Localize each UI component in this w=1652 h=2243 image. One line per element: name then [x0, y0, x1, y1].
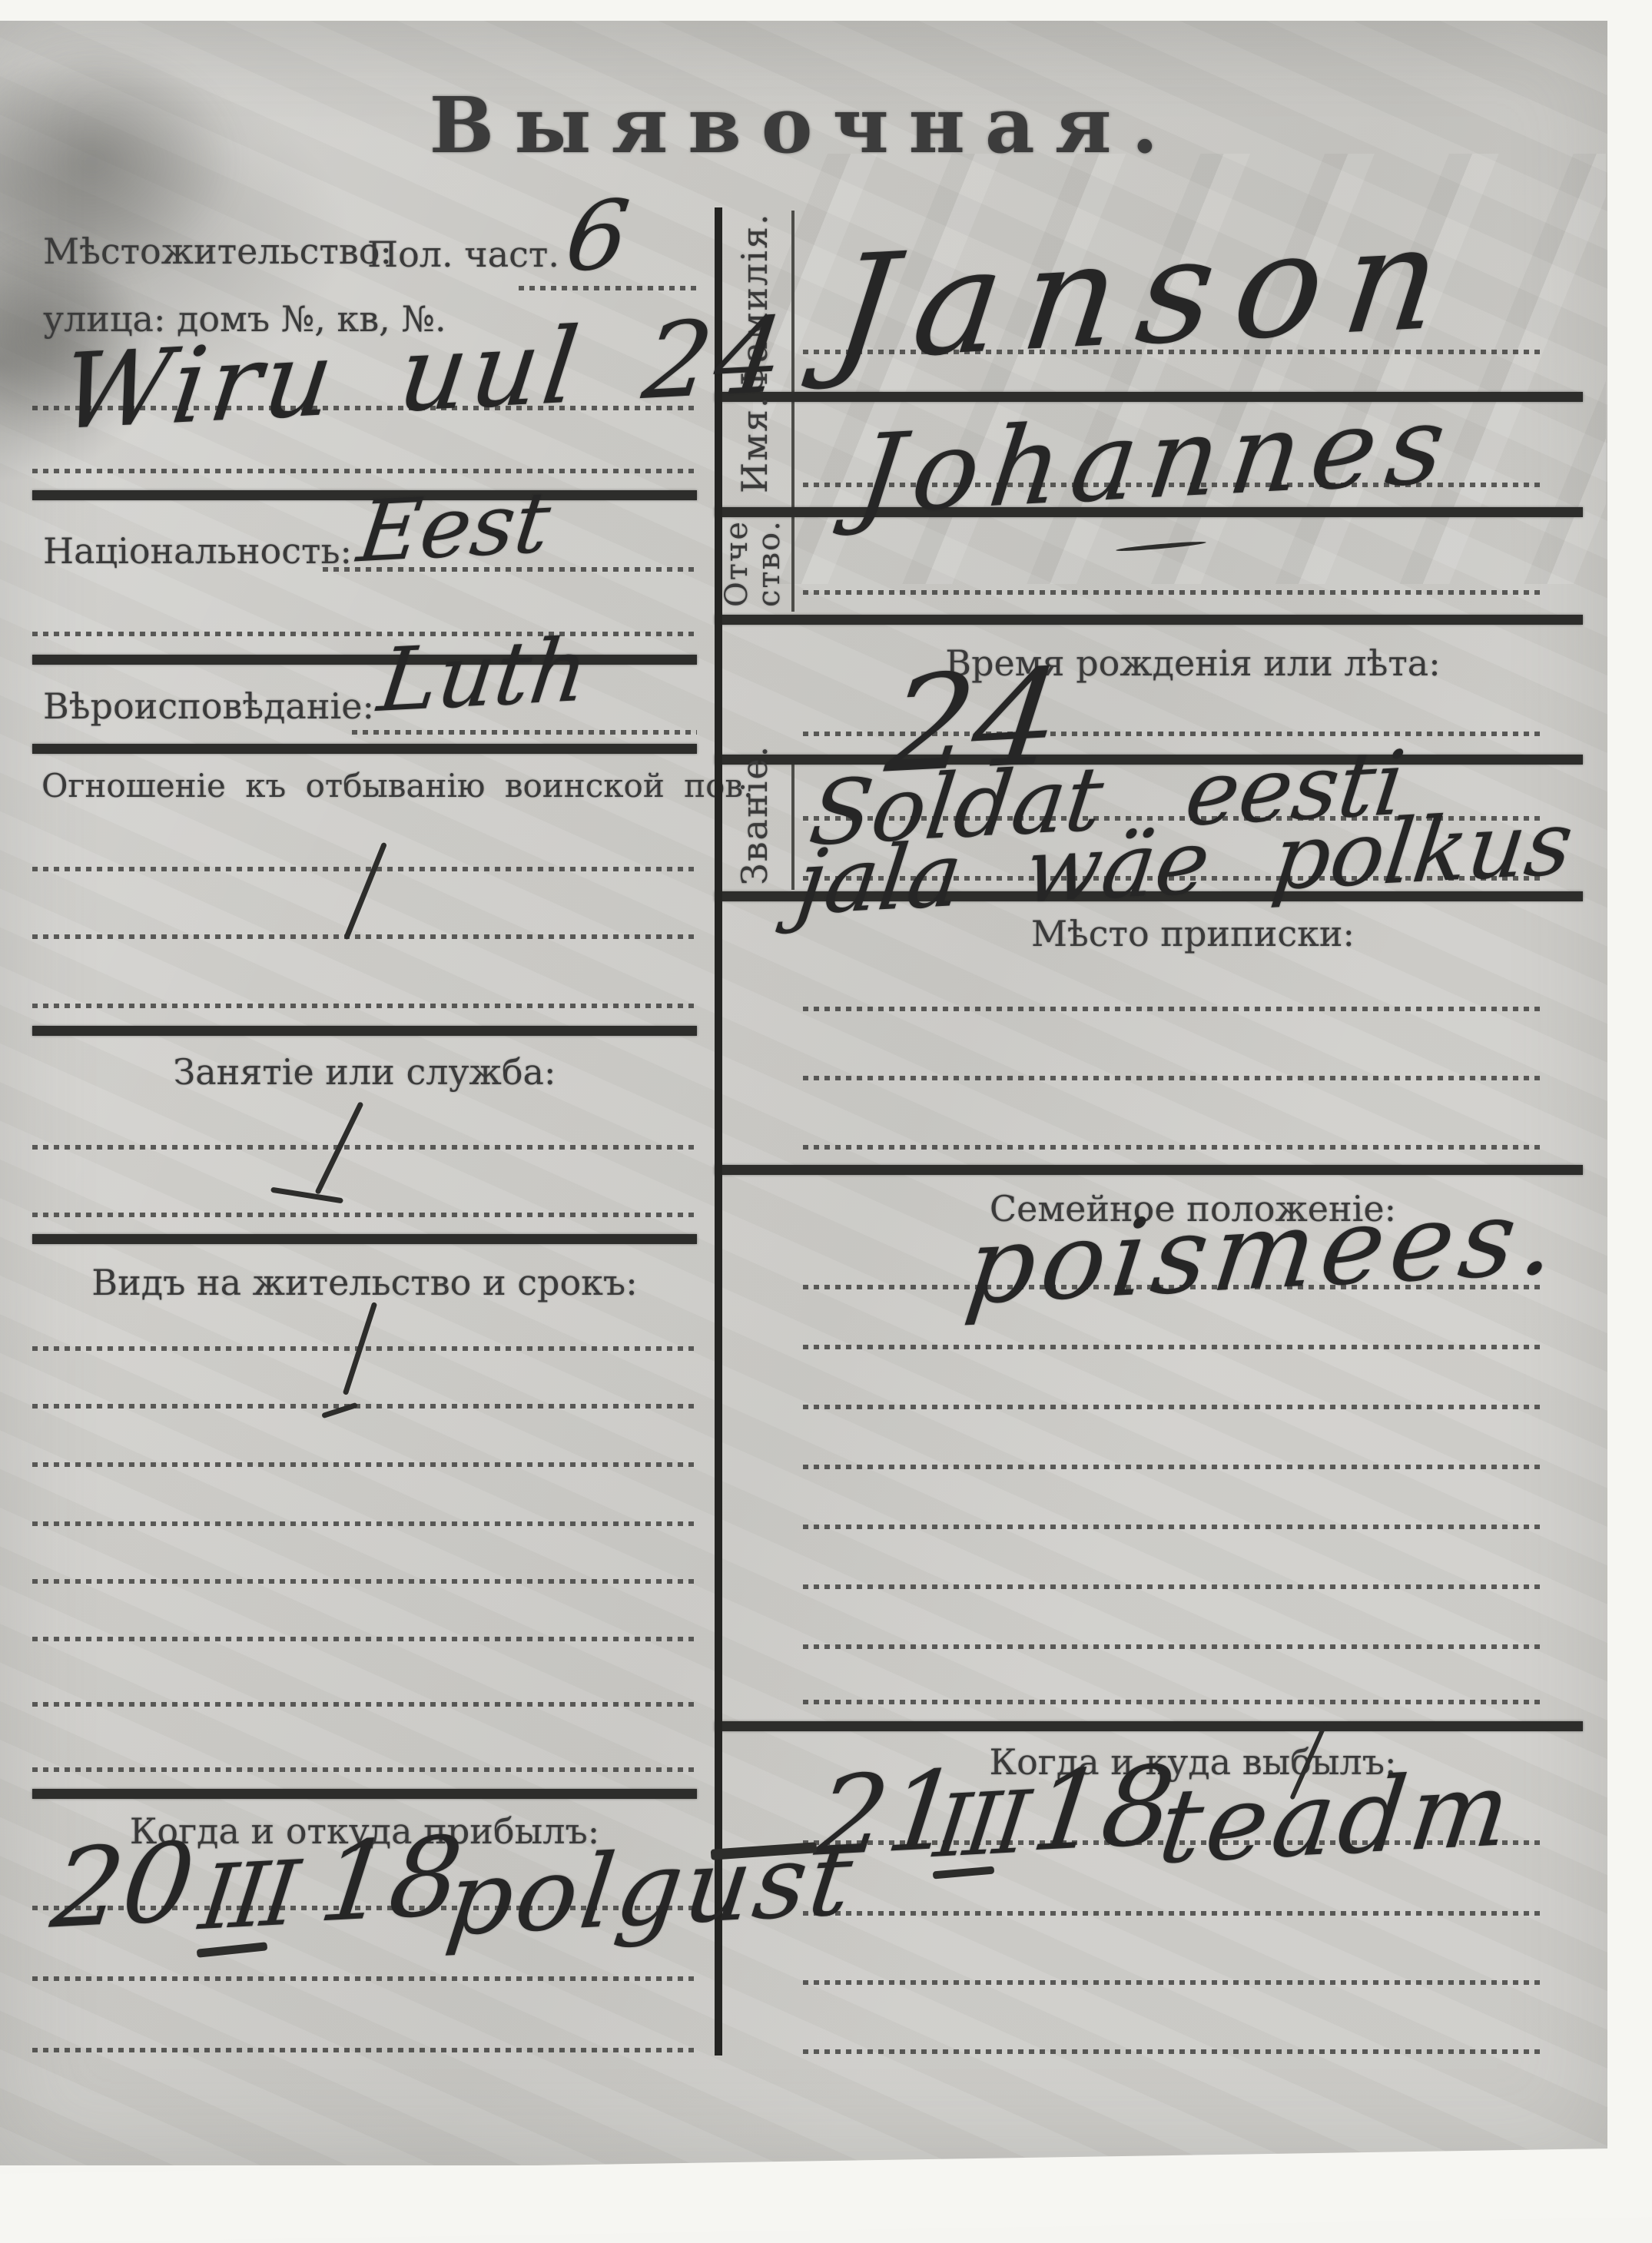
dotted-line	[32, 1976, 697, 1981]
departure-month-handwriting: III	[930, 1773, 1031, 1877]
dotted-line	[803, 1980, 1544, 1985]
dotted-line	[803, 1584, 1544, 1589]
dotted-line	[803, 590, 1544, 595]
patronymic-label-vertical: Отче ство.	[721, 519, 785, 607]
rule-bar	[32, 744, 697, 754]
nationality-label: Національность:	[43, 530, 352, 572]
surname-handwriting: Janson	[824, 193, 1471, 393]
dotted-line	[803, 2049, 1544, 2054]
military-duty-label: Огношеніе къ отбыванію воинской пов.	[41, 767, 753, 805]
dotted-line	[32, 469, 697, 473]
arrival-month-handwriting: III	[194, 1842, 300, 1950]
scan-edge-right	[1607, 0, 1652, 2194]
dotted-line	[352, 730, 697, 735]
dotted-line	[32, 1346, 697, 1351]
dotted-line	[803, 1911, 1544, 1916]
dotted-line	[803, 1525, 1544, 1529]
dotted-line	[32, 2048, 697, 2052]
dotted-line	[803, 1465, 1544, 1469]
rule-bar	[715, 615, 1583, 625]
dotted-line	[803, 1076, 1544, 1080]
dotted-line	[32, 1462, 697, 1467]
dotted-line	[803, 1145, 1544, 1150]
dotted-line	[32, 1145, 697, 1150]
dotted-line	[803, 1644, 1544, 1649]
rank-label-vertical: Званіе.	[736, 745, 773, 885]
dotted-line	[32, 867, 697, 871]
nationality-handwriting: Eest	[353, 473, 556, 582]
dotted-line	[803, 1405, 1544, 1409]
residence-label: Мѣстожительство:	[43, 231, 392, 272]
dotted-line	[32, 1521, 697, 1526]
dotted-line	[32, 1702, 697, 1707]
precinct-label: Пол. част.	[367, 234, 559, 275]
rule-bar	[715, 1165, 1583, 1175]
dotted-line	[803, 1700, 1544, 1704]
scanned-document: Выявочная. Мѣстожительство: Пол. част. 6…	[0, 0, 1652, 2194]
scan-edge-top	[0, 0, 1652, 21]
dotted-line	[32, 1767, 697, 1772]
label-rule	[791, 757, 794, 890]
dotted-line	[32, 1637, 697, 1641]
departure-place-handwriting: teadm	[1153, 1749, 1521, 1887]
dotted-line	[32, 1004, 697, 1008]
dotted-line	[803, 1345, 1544, 1349]
column-divider	[715, 207, 722, 2056]
dotted-line	[32, 632, 697, 636]
occupation-label: Занятіе или служба:	[32, 1051, 697, 1093]
permit-label: Видъ на жительство и срокъ:	[32, 1262, 697, 1303]
dotted-line	[32, 1213, 697, 1217]
dotted-line	[32, 1404, 697, 1409]
religion-label: Вѣроисповѣданіе:	[43, 685, 374, 727]
label-rule	[791, 211, 794, 612]
rule-bar	[32, 1234, 697, 1244]
dotted-line	[803, 1007, 1544, 1011]
dotted-line	[32, 1579, 697, 1584]
arrival-day-handwriting: 20	[45, 1819, 201, 1953]
arrival-place-handwriting: polgust	[440, 1820, 861, 1959]
rule-bar	[32, 1789, 697, 1799]
document-title: Выявочная.	[0, 80, 1607, 171]
rule-bar	[32, 655, 697, 665]
dotted-line	[32, 934, 697, 939]
rule-bar	[715, 1721, 1583, 1731]
religion-handwriting: Luth	[373, 619, 594, 732]
rule-bar	[32, 1026, 697, 1036]
